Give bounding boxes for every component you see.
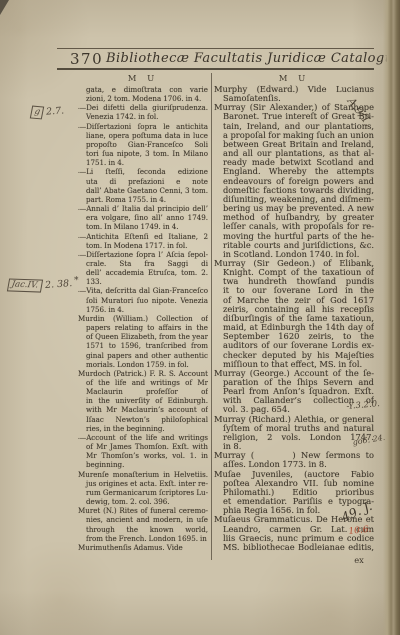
catalog-line: religion, 2 vols. London 1747. <box>214 433 374 442</box>
catalog-line: Murdoch (Patrick.) F. R. S. Account <box>78 369 208 378</box>
catalog-line: Muſae Juveniles, (auctore Fabio Chigi, <box>214 470 374 479</box>
catalog-line: Murray (Richard.) Alethia, or general <box>214 415 374 424</box>
header-rule-top <box>57 48 374 49</box>
catalog-line: method of huſbandry, by greater and <box>214 213 374 222</box>
catalog-line: Iſaac Newton’s philoſophical diſcove- <box>78 415 208 424</box>
catalog-line: ready made betwixt Scotland and <box>214 158 374 167</box>
catalog-line: dell’ accademia Etruſca, tom. 2. pag. <box>78 268 208 277</box>
catalog-line: in Scotland. London 1740. in fol. <box>214 250 374 259</box>
running-title: Bibliothecæ Facultatis Juridicæ Catalogu… <box>106 51 374 66</box>
page-number: 370 <box>70 50 103 68</box>
catalog-line: rum Germanicarum ſcriptores Lu- <box>78 488 208 497</box>
catalog-line: with Mr Maclaurin’s account of Sir <box>78 405 208 414</box>
catalog-line: gata, e dimoſtrata con varie oſſerva- <box>78 85 208 94</box>
catalog-line: moving the hurtful parts of the he- <box>214 232 374 241</box>
catalog-line: era volgare, ſino all’ anno 1749. 12 <box>78 213 208 222</box>
catalog-line: between Great Britain and Ireland, <box>214 140 374 149</box>
catalog-line: Muret (N.) Rites of funeral ceremo- <box>78 506 208 515</box>
column-divider-rule <box>211 73 212 560</box>
catalog-line: diſuniting, weakening, and diſmem- <box>214 195 374 204</box>
catalog-line: dall’ Abate Gaetano Cenni, 3 tom. 6 <box>78 186 208 195</box>
catalog-line: 1756. in 4. <box>78 305 208 314</box>
catalog-line: ——Diſſertazioni ſopra le antichita Ita- <box>78 122 208 131</box>
catalog-line: September 1620 zeiris, to the Lordis <box>214 332 374 341</box>
catalog-line: 1571 to 1596, tranſcribed from ori- <box>78 341 208 350</box>
catalog-line: Venezia 1742. in fol. <box>78 112 208 121</box>
scan-corner-artifact <box>0 0 9 15</box>
catalog-line: from the French. London 1695. in 12. <box>78 534 208 543</box>
catalog-line: morials. London 1759. in fol. <box>78 360 208 369</box>
catalog-line: ——Antichita Eſtenſi ed Italiane, 2 <box>78 232 208 241</box>
catalog-line: Murray (George.) Account of the ſe- <box>214 369 374 378</box>
catalog-line: ——Diſſertazione ſopra l’ Aſcia ſepol- <box>78 250 208 259</box>
catalog-line: part. Roma 1755. in 4. <box>78 195 208 204</box>
catalog-line: it to our ſoverane Lord in the moneth <box>214 286 374 295</box>
catalog-line: ——Vita, deſcritta dal Gian-Franceſco <box>78 286 208 295</box>
catalog-line: poſtea Alexandro VII. ſub nomine <box>214 479 374 488</box>
catalog-line: Murphy (Edward.) Vide Lucianus <box>214 85 374 94</box>
scanned-book-page: 370 Bibliothecæ Facultatis Juridicæ Cata… <box>0 0 400 635</box>
catalog-line: ginal papers and other authentic me- <box>78 351 208 360</box>
handwritten-note-alethia: -Y.3.2.0. <box>346 399 380 412</box>
catalog-line: of Mr James Thomſon. Exſt. with <box>78 442 208 451</box>
catalog-line: tom. In Milano 1749. in 4. <box>78 222 208 231</box>
catalog-line: ries, in the beginning. <box>78 424 208 433</box>
catalog-line: endeavours of foreign powers and <box>214 177 374 186</box>
catalog-line: nies, ancient and modern, in uſe <box>78 515 208 524</box>
catalog-line: 133. <box>78 277 208 286</box>
column-heading-left: M U <box>78 74 208 84</box>
catalog-line: jus origines et acta. Exſt. inter re- <box>78 479 208 488</box>
catalog-line: Murray (Sir Gedeon.) of Elibank, <box>214 259 374 268</box>
catalog-line: beginning. <box>78 460 208 469</box>
catalog-line: of Marche the zeir of God 1617 <box>214 296 374 305</box>
catalog-line: in the univerſity of Edinburgh. Exſt. <box>78 396 208 405</box>
catalog-line: aſſes. London 1773. in 8. <box>214 460 374 469</box>
catalog-line: of Queen Elizabeth, from the year <box>78 332 208 341</box>
catalog-column-right: Murphy (Edward.) Vide LucianusSamoſatenſ… <box>214 85 374 552</box>
catalog-line: auditors of our ſoverane Lordis ex- <box>214 341 374 350</box>
catalog-line: Maclaurin profeſſor of mathematicks <box>78 387 208 396</box>
catalog-line: checker deputed by his Majeſties com- <box>214 351 374 360</box>
catalog-line: miſſioun to that effect, MS. in fol. <box>214 360 374 369</box>
catalog-line: ——Annali d’ Italia dal principio dell’ <box>78 204 208 213</box>
catalog-line: through the known world, tranſlated <box>78 525 208 534</box>
catalog-line: papers relating to affairs in the reign <box>78 323 208 332</box>
shelfmark-annotation-vita: Jac.IV.2. 38. <box>8 272 72 292</box>
catalog-line: twa hundreth thowſand pundis grant- <box>214 277 374 286</box>
shelfmark-number: 2.7. <box>46 105 65 117</box>
catalog-line: uta di prefazioni e note opportune <box>78 177 208 186</box>
catalog-line: Mr Thomſon’s works, vol. 1. in the <box>78 451 208 460</box>
catalog-line: and all our plantations, as that al- <box>214 149 374 158</box>
catalog-line: crale. Sta fra Saggi di diſſertazioni <box>78 259 208 268</box>
catalog-line: Philomathi.) Editio prioribus auctior <box>214 488 374 497</box>
shelfmark-number: 2. 38. <box>44 278 72 291</box>
catalog-line: propoſto Gian-Franceſco Soli Mura- <box>78 140 208 149</box>
shelfmark-box: g <box>30 106 45 120</box>
catalog-line: leſſer canals, with propoſals for re- <box>214 222 374 231</box>
catalog-line: ——Li ſteſſi, ſeconda edizione accreſci- <box>78 167 208 176</box>
catalog-line: ——Account of the life and writings <box>78 433 208 442</box>
catalog-line: Murray ( ) New ſermons to <box>214 451 374 460</box>
catalog-line: ſoli Muratori ſuo nipote. Venezia <box>78 296 208 305</box>
catalog-line: England. Whereby the attempts and <box>214 167 374 176</box>
catalog-line: dewig, tom. 2. col. 396. <box>78 497 208 506</box>
catalog-line: Pearl from Anſon’s ſquadron. Exſt. <box>214 387 374 396</box>
catalog-line: ——Dei difetti della giuriſprudenza. <box>78 103 208 112</box>
catalog-line: domeſtic factions towards dividing, <box>214 186 374 195</box>
catalog-line: ſyſtem of moral truths and natural <box>214 424 374 433</box>
catalog-line: MS. bibliothecae Bodleianae editis, <box>214 543 374 552</box>
catalog-line: liane, opera poſtuma data in luce dal <box>78 131 208 140</box>
catalog-line: a propoſal for making ſuch an union <box>214 131 374 140</box>
catalog-line: Murenſe monaſterium in Helvetiis. E- <box>78 470 208 479</box>
catalog-line: Knight. Compt of the taxatioun of <box>214 268 374 277</box>
catalog-line: Murimuthenſis Adamus. Vide Adamus. <box>78 543 208 552</box>
header-rule-bottom <box>57 68 374 70</box>
catalog-line: tain, Ireland, and our plantations, or <box>214 122 374 131</box>
catalog-line: tori ſua nipote, 3 tom. In Milano <box>78 149 208 158</box>
catalog-line: zeiris, containing all his recepſis and <box>214 305 374 314</box>
shelfmark-annotation-muratori: g2.7. <box>31 99 65 119</box>
shelfmark-box: Jac.IV. <box>7 278 43 292</box>
catalog-line: bering us may be prevented. A new <box>214 204 374 213</box>
catchword: ex <box>344 555 374 565</box>
catalog-line: 1751. in 4. <box>78 158 208 167</box>
catalog-line: maid, at Edinburgh the 14th day of <box>214 323 374 332</box>
catalog-line: paration of the ſhips Severn and <box>214 378 374 387</box>
catalog-line: Murdin (William.) Collection of ſtate- <box>78 314 208 323</box>
column-heading-right: M U <box>214 74 374 84</box>
catalog-line: diſburſingis of the ſame taxatioun, <box>214 314 374 323</box>
catalog-line: of the life and writings of Mr Colin <box>78 378 208 387</box>
catalog-line: ritable courts and juriſdictions, &c. <box>214 241 374 250</box>
catalog-line: in 8. <box>214 442 374 451</box>
catalog-line: zioni, 2 tom. Modena 1706. in 4. <box>78 94 208 103</box>
catalog-column-left: gata, e dimoſtrata con varie oſſerva-zio… <box>78 85 208 552</box>
asterisk-mark: * <box>74 276 79 286</box>
catalog-line: Baronet. True intereſt of Great Bri- <box>214 112 374 121</box>
catalog-line: tom. In Modena 1717. in fol. <box>78 241 208 250</box>
page-edge-shadow <box>383 0 400 635</box>
